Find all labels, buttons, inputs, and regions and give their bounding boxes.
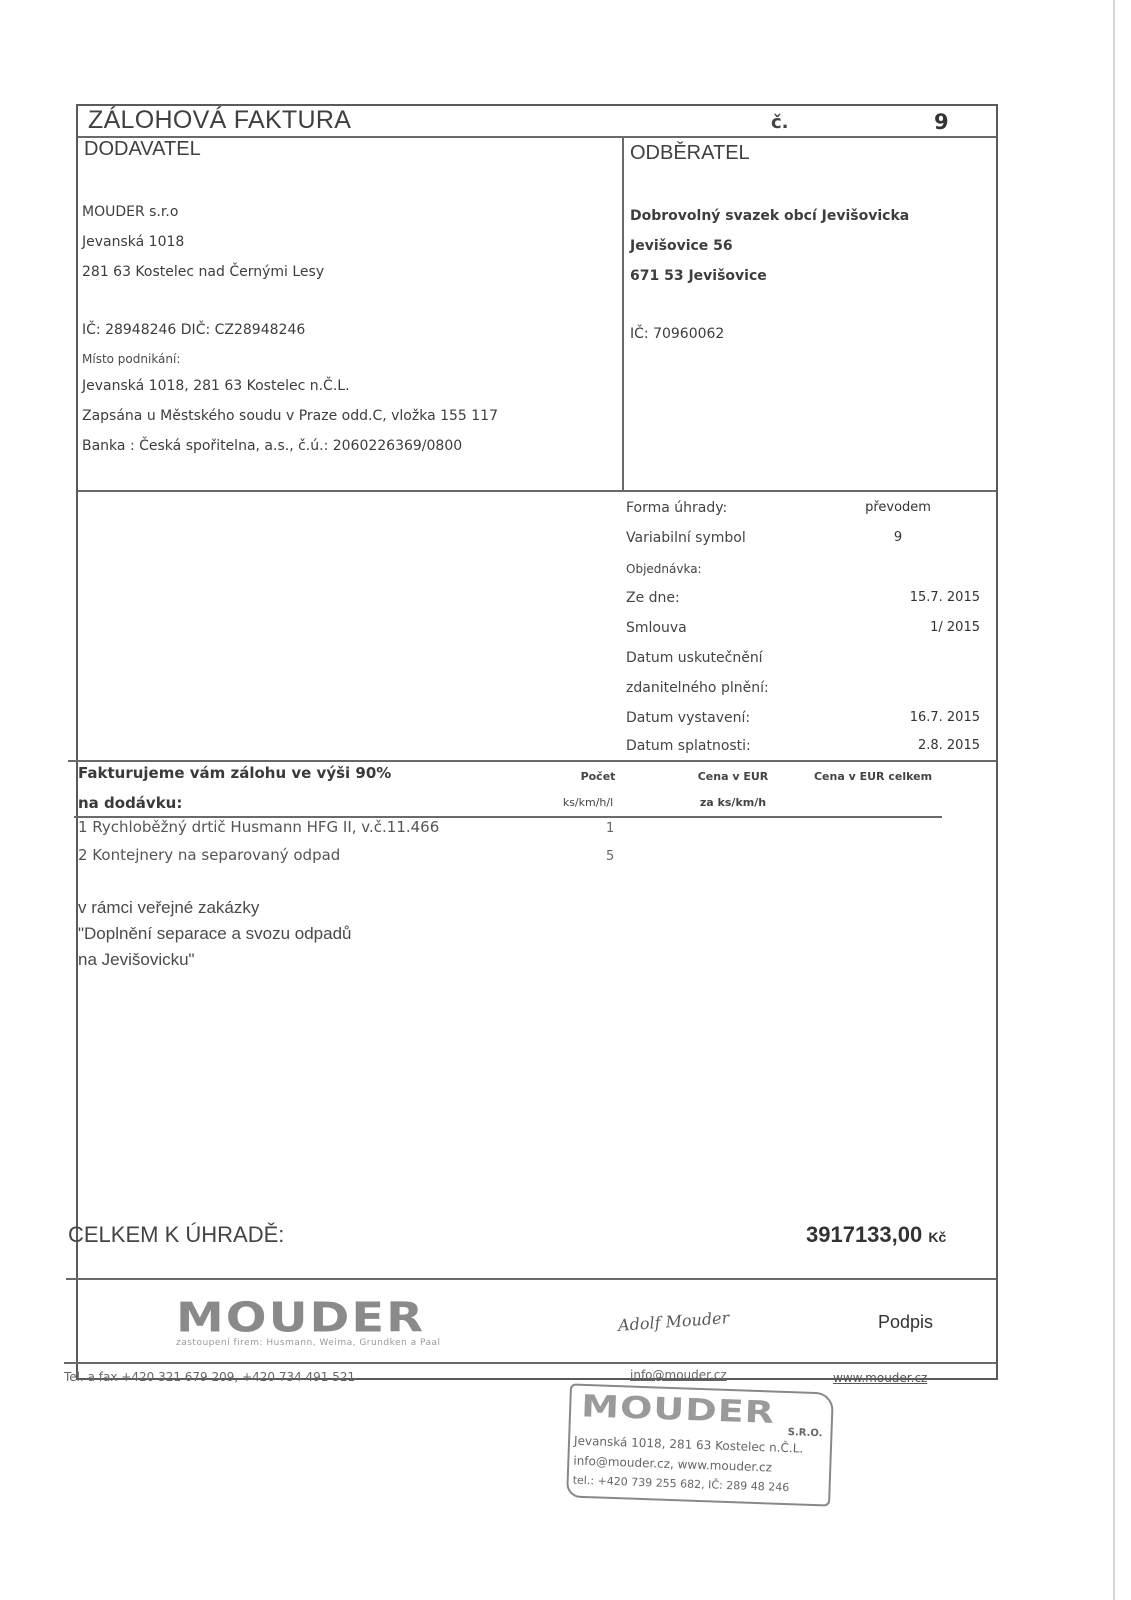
payment-info-label: Datum vystavení: xyxy=(626,710,750,726)
payment-info-label: Smlouva xyxy=(626,620,687,636)
stamp-tel-ic: tel.: +420 739 255 682, IČ: 289 48 246 xyxy=(572,1474,789,1495)
total-currency: Kč xyxy=(928,1229,946,1245)
supplier-name: MOUDER s.r.o xyxy=(82,204,178,220)
footer-tel: Tel. a fax +420 321 679 209, +420 734 49… xyxy=(64,1370,355,1384)
stamp-address: Jevanská 1018, 281 63 Kostelec n.Č.L. xyxy=(574,1434,804,1456)
col-qty-line1: Počet xyxy=(568,770,628,783)
supplier-registry: Zapsána u Městského soudu v Praze odd.C,… xyxy=(82,408,498,424)
payment-info-value: převodem xyxy=(838,500,958,515)
item-row-qty: 1 xyxy=(606,821,614,836)
divider xyxy=(64,1362,996,1364)
page-edge xyxy=(1113,0,1115,1600)
total-amount: 3917133,00 xyxy=(806,1222,922,1247)
footer-web-link[interactable]: www.mouder.cz xyxy=(833,1371,927,1385)
stamp-logo: MOUDER xyxy=(581,1388,776,1430)
footer-email-link[interactable]: info@mouder.cz xyxy=(630,1368,727,1382)
customer-ic: IČ: 70960062 xyxy=(630,326,724,342)
company-tagline: zastoupení firem: Husmann, Weima, Grundk… xyxy=(176,1338,441,1348)
supplier-place-label: Místo podnikání: xyxy=(82,352,180,366)
divider xyxy=(78,490,996,492)
total-label: CELKEM K ÚHRADĚ: xyxy=(68,1222,284,1248)
company-stamp: MOUDER S.R.O. Jevanská 1018, 281 63 Kost… xyxy=(566,1383,834,1506)
payment-info-value: 1/ 2015 xyxy=(868,620,980,635)
item-row-description: 1 Rychloběžný drtič Husmann HFG II, v.č.… xyxy=(78,818,439,836)
company-logo: MOUDER xyxy=(176,1294,425,1342)
signature: Adolf Mouder xyxy=(617,1308,729,1335)
items-intro-line2: na dodávku: xyxy=(78,794,182,812)
customer-heading: ODBĚRATEL xyxy=(630,142,750,165)
document-number: 9 xyxy=(934,110,949,134)
customer-street: Jevišovice 56 xyxy=(630,238,733,254)
document-number-label: č. xyxy=(771,112,789,133)
divider xyxy=(68,760,996,762)
payment-info-value: 16.7. 2015 xyxy=(868,710,980,725)
payment-info-label: zdanitelného plnění: xyxy=(626,680,769,696)
payment-info-value: 15.7. 2015 xyxy=(868,590,980,605)
col-total-price: Cena v EUR celkem xyxy=(808,770,938,783)
stamp-contact: info@mouder.cz, www.mouder.cz xyxy=(573,1454,772,1475)
supplier-city: 281 63 Kostelec nad Černými Lesy xyxy=(82,264,324,280)
divider xyxy=(622,136,624,492)
divider xyxy=(78,136,996,138)
payment-info-value: 9 xyxy=(838,530,958,545)
supplier-ic-dic: IČ: 28948246 DIČ: CZ28948246 xyxy=(82,322,305,338)
supplier-bank: Banka : Česká spořitelna, a.s., č.ú.: 20… xyxy=(82,438,462,454)
payment-info-label: Variabilní symbol xyxy=(626,530,746,546)
divider xyxy=(66,1278,996,1280)
supplier-heading: DODAVATEL xyxy=(84,138,201,161)
items-intro-line1: Fakturujeme vám zálohu ve výši 90% xyxy=(78,764,391,782)
item-row-qty: 5 xyxy=(606,849,614,864)
supplier-street: Jevanská 1018 xyxy=(82,234,184,250)
item-row-description: 2 Kontejnery na separovaný odpad xyxy=(78,846,340,864)
invoice-frame: ZÁLOHOVÁ FAKTURA č. 9 DODAVATEL ODBĚRATE… xyxy=(76,104,998,1380)
payment-info-label: Datum uskutečnění xyxy=(626,650,763,666)
document-title: ZÁLOHOVÁ FAKTURA xyxy=(88,106,351,135)
payment-info-value: 2.8. 2015 xyxy=(868,738,980,753)
payment-info-label: Forma úhrady: xyxy=(626,500,727,516)
note-line: na Jevišovicku" xyxy=(78,950,195,970)
col-unit-price-line2: za ks/km/h xyxy=(688,796,778,809)
total-value: 3917133,00 Kč xyxy=(806,1222,946,1248)
col-qty-line2: ks/km/h/l xyxy=(548,796,628,809)
payment-info-label: Ze dne: xyxy=(626,590,680,606)
customer-city: 671 53 Jevišovice xyxy=(630,268,767,284)
note-line: "Doplnění separace a svozu odpadů xyxy=(78,924,352,944)
sign-label: Podpis xyxy=(878,1312,933,1333)
supplier-place: Jevanská 1018, 281 63 Kostelec n.Č.L. xyxy=(82,378,350,394)
payment-info-label: Datum splatnosti: xyxy=(626,738,751,754)
stamp-sro: S.R.O. xyxy=(788,1427,823,1439)
col-unit-price-line1: Cena v EUR xyxy=(688,770,778,783)
payment-info-label: Objednávka: xyxy=(626,562,702,576)
customer-name: Dobrovolný svazek obcí Jevišovicka xyxy=(630,208,909,224)
note-line: v rámci veřejné zakázky xyxy=(78,898,259,918)
